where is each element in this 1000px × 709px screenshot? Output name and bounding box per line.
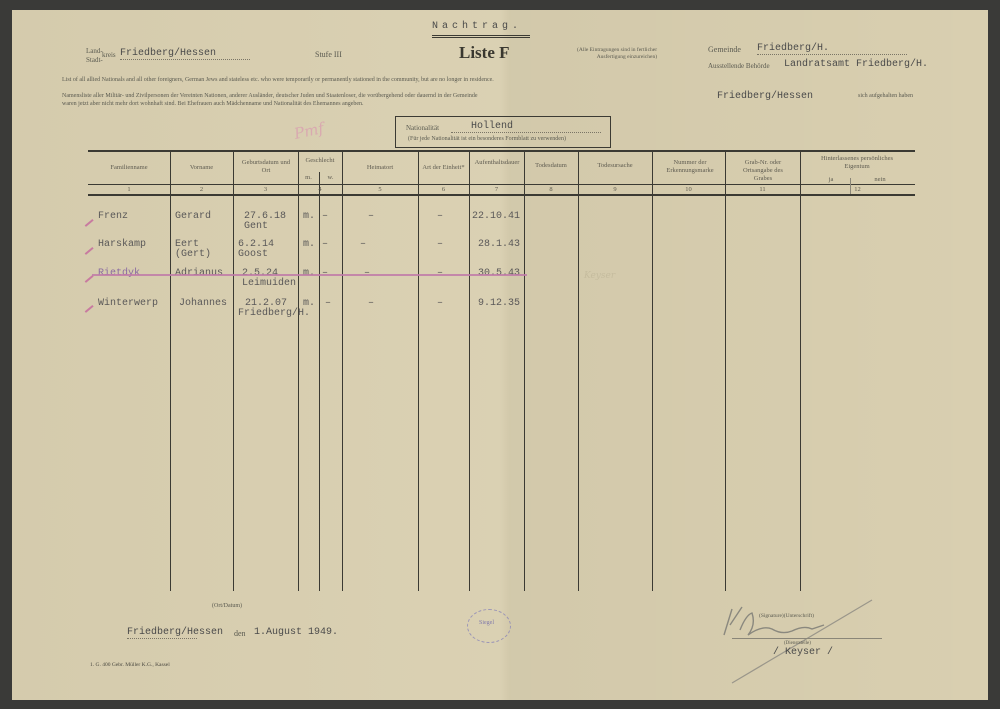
col-number: 8 — [524, 186, 578, 193]
cell-sex: m. — [303, 211, 315, 222]
col-number: 12 — [800, 186, 915, 193]
cell-birth-place: Goost — [238, 249, 268, 260]
cell-sex: m. — [303, 239, 315, 250]
header-property-no: nein — [850, 176, 910, 184]
header-sex: Geschlecht — [298, 157, 342, 165]
date-value: 1.August 1949. — [254, 627, 338, 638]
col-divider — [524, 151, 525, 591]
english-description: List of all allied Nationals and all oth… — [62, 77, 494, 83]
cell-surname: Frenz — [98, 211, 128, 222]
district-label-top: Land- — [86, 47, 103, 56]
cell-birth-place: Leimuiden — [242, 278, 296, 289]
header-stay: Aufenthaltsdauer — [473, 159, 521, 167]
col-divider — [652, 151, 653, 591]
col-divider — [298, 151, 299, 591]
printer-note: 1. G. 400 Gebr. Müller K.G., Kassel — [90, 662, 170, 668]
place-date-label: (Ort/Datum) — [212, 603, 242, 609]
district-label: Land- Stadt- — [86, 47, 103, 65]
nationality-label: Nationalität — [406, 124, 439, 132]
col-divider — [469, 151, 470, 591]
district-label-suffix: kreis — [102, 51, 116, 59]
check-mark-icon — [85, 275, 94, 283]
title-underline-2 — [432, 37, 530, 38]
signer-name: / Keyser / — [773, 647, 833, 658]
level-label: Stufe III — [315, 50, 342, 59]
cell-home: – — [360, 239, 366, 250]
nationality-value: Hollend — [451, 121, 601, 133]
cell-surname: Winterwerp — [98, 298, 158, 309]
cell-sex: m. — [303, 298, 315, 309]
municipality-label: Gemeinde — [708, 45, 741, 54]
list-title: Liste F — [459, 43, 510, 63]
check-mark-icon — [85, 305, 94, 313]
header-unit: Art der Einheit* — [418, 164, 469, 172]
check-mark-icon — [85, 247, 94, 255]
signature-line — [732, 638, 882, 639]
header-death-date: Todesdatum — [524, 162, 578, 170]
check-mark-icon — [85, 219, 94, 227]
place-date-value: Friedberg/Hessen — [127, 627, 197, 639]
cell-first-name: Gerard — [175, 211, 211, 222]
name-label: (Dienststelle) — [784, 641, 811, 646]
col-divider — [342, 151, 343, 591]
col-number: 11 — [725, 186, 800, 193]
header-birth: Geburtsdatum und Ort — [238, 159, 294, 175]
place-suffix: sich aufgehalten haben — [858, 93, 913, 99]
cell-home: – — [368, 298, 374, 309]
cell-female: – — [325, 298, 331, 309]
authority-value: Landratsamt Friedberg/H. — [784, 59, 928, 70]
cell-home: – — [368, 211, 374, 222]
date-prefix: den — [234, 629, 246, 638]
cell-first-name: Johannes — [179, 298, 227, 309]
cell-stay: 28.1.43 — [478, 239, 520, 250]
strikethrough-line — [92, 274, 527, 276]
document-page: Nachtrag. Liste F Land- Stadt- kreis Fri… — [12, 10, 988, 700]
entry-note-bottom: Ausfertigung einzureichen) — [577, 54, 657, 61]
cell-birth-place: Gent — [244, 221, 268, 232]
col-number: 6 — [418, 186, 469, 193]
cell-stay: 9.12.35 — [478, 298, 520, 309]
cell-unit: – — [437, 211, 443, 222]
title-underline — [432, 35, 530, 36]
col-number: 2 — [170, 186, 233, 193]
header-sex-w: w. — [319, 174, 342, 182]
col-divider — [418, 151, 419, 591]
cell-unit: – — [437, 239, 443, 250]
col-divider — [578, 151, 579, 591]
cell-first-name-alt: (Gert) — [175, 249, 211, 260]
stamp-text: Siegel — [479, 620, 494, 626]
col-number: 5 — [342, 186, 418, 193]
header-death-cause: Todesursache — [578, 162, 652, 170]
supplement-title: Nachtrag. — [432, 21, 522, 32]
col-number: 3 — [233, 186, 298, 193]
header-sex-m: m. — [298, 174, 319, 182]
header-surname: Familienname — [88, 164, 170, 172]
col-divider — [170, 151, 171, 591]
entry-note-top: (Alle Eintragungen sind in fertlicher — [577, 47, 657, 54]
header-grave: Grab-Nr. oder Ortsangabe des Grabes — [734, 159, 792, 183]
entry-note: (Alle Eintragungen sind in fertlicher Au… — [577, 47, 657, 61]
col-number: 4 — [298, 186, 342, 193]
table-header-rule — [88, 184, 915, 185]
cell-stay: 22.10.41 — [472, 211, 520, 222]
cell-female: – — [322, 211, 328, 222]
header-property-yes: ja — [812, 176, 850, 184]
table-top-rule — [88, 150, 915, 152]
col-number: 9 — [578, 186, 652, 193]
district-label-bottom: Stadt- — [86, 56, 103, 65]
cell-death-cause-note: Keyser — [584, 271, 615, 282]
place-value: Friedberg/Hessen — [717, 91, 813, 102]
signature-label: (Signature)(Unterschrift) — [759, 613, 814, 619]
cell-surname: Harskamp — [98, 239, 146, 250]
official-stamp: Siegel — [467, 609, 511, 643]
district-value: Friedberg/Hessen — [120, 48, 250, 60]
german-description-1: Namensliste aller Militär- und Zivilpers… — [62, 93, 478, 99]
col-divider — [233, 151, 234, 591]
header-first-name: Vorname — [170, 164, 233, 172]
col-divider — [800, 151, 801, 591]
header-id-tag: Nummer der Erkennungsmarke — [662, 159, 718, 175]
cell-birth-place: Friedberg/H. — [238, 308, 310, 319]
col-number: 10 — [652, 186, 725, 193]
municipality-value: Friedberg/H. — [757, 43, 907, 55]
table-number-rule — [88, 194, 915, 196]
german-description-2: waren jetzt aber nicht mehr dort wohnhaf… — [62, 101, 364, 107]
nationality-box: Nationalität Hollend (Für jede Nationali… — [395, 116, 611, 148]
nationality-note: (Für jede Nationalität ist ein besondere… — [408, 136, 566, 142]
col-number: 1 — [88, 186, 170, 193]
header-property: Hinterlassenes persönliches Eigentum — [812, 155, 902, 171]
handwritten-signature-icon — [712, 595, 902, 685]
cell-female: – — [322, 239, 328, 250]
handwritten-mark: Pmf — [292, 119, 325, 143]
col-divider — [319, 172, 320, 591]
col-divider — [725, 151, 726, 591]
authority-label: Ausstellende Behörde — [708, 62, 770, 70]
cell-unit: – — [437, 298, 443, 309]
col-number: 7 — [469, 186, 524, 193]
header-home: Heimatort — [342, 164, 418, 172]
